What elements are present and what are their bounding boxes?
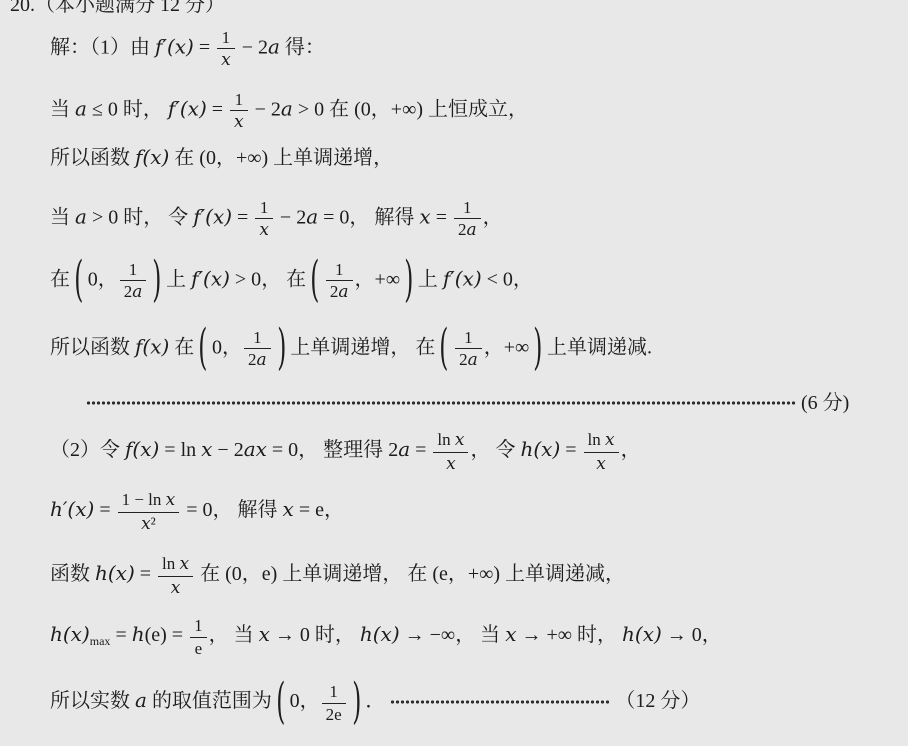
fraction-numerator: 1	[120, 260, 147, 281]
math-text: 0，	[290, 691, 320, 713]
math-variable: f(x)	[135, 145, 169, 169]
subscript-max: max	[90, 635, 111, 649]
fraction-denominator: e	[190, 638, 207, 658]
math-variable: h(x)	[622, 623, 662, 647]
math-text: (0，e)	[225, 564, 277, 586]
math-variable: x	[201, 438, 212, 462]
math-variable: x	[234, 112, 244, 132]
fraction-denominator: x	[255, 219, 273, 240]
text: 在	[50, 269, 70, 291]
line-content: 当 a ≤ 0 时， f′(x) = 1x − 2a > 0 在 (0，+∞) …	[50, 90, 528, 132]
fraction: ln xx	[433, 430, 468, 473]
text: ， 解得	[349, 207, 419, 229]
line-content: 当 a > 0 时， 令 f′(x) = 1x − 2a = 0， 解得 x =…	[50, 198, 503, 240]
math-text: 1	[222, 28, 231, 47]
math-text: =	[410, 440, 431, 462]
fraction-numerator: 1	[454, 198, 481, 219]
text: ，	[513, 269, 533, 291]
math-text: 2	[388, 440, 398, 462]
text: 上单调递增， 在	[277, 564, 432, 586]
math-variable: h(x)	[360, 623, 400, 647]
math-variable: h(x)	[95, 562, 135, 586]
fraction-numerator: 1	[455, 328, 482, 349]
math-variable: x	[171, 578, 181, 598]
part1-derivative-setup: 解：（1）由 f′(x) = 1x − 2a 得：	[50, 10, 908, 88]
line-content: 所以实数 a 的取值范围为(0，12e)． （12 分）	[50, 682, 700, 723]
math-text: = 0	[267, 440, 298, 462]
fraction: 1x	[230, 90, 248, 132]
fraction: ln xx	[584, 430, 619, 473]
text: 得：	[280, 37, 325, 59]
problem-header: 20.（本小题满分 12 分）	[10, 0, 908, 10]
fraction: 12a	[454, 198, 481, 240]
part1-conclusion: 所以函数 f(x) 在(0，12a)上单调递增， 在(12a，+∞)上单调递减.	[50, 304, 908, 394]
text: 所以函数	[50, 337, 135, 359]
math-text: − 2	[212, 440, 243, 462]
text: 解：（1）由	[50, 37, 155, 59]
h-max-and-limits: h(x)max = h(e) = 1e， 当 x → 0 时， h(x) → −…	[50, 620, 908, 654]
fraction-numerator: 1	[217, 28, 235, 49]
fraction-denominator: 2a	[455, 349, 482, 370]
math-text: ln	[588, 430, 605, 449]
math-text: → −∞	[400, 625, 456, 647]
math-text: 2	[248, 350, 257, 369]
text: 上恒成立，	[423, 99, 528, 121]
text: (6 分)	[796, 392, 849, 414]
math-text: − 2	[275, 207, 306, 229]
increase-conclusion: 所以函数 f(x) 在 (0，+∞) 上单调递增，	[50, 134, 908, 180]
big-open-paren: (	[440, 325, 449, 374]
fraction-denominator: x	[158, 577, 193, 598]
fraction: 1x	[217, 28, 235, 70]
math-text: → 0	[662, 625, 702, 647]
math-text: 1	[253, 328, 262, 347]
math-text: (0，+∞)	[199, 147, 268, 169]
big-close-paren: )	[352, 679, 361, 728]
text: 时，	[577, 625, 622, 647]
dot-leader	[390, 698, 610, 706]
line-content: 解：（1）由 f′(x) = 1x − 2a 得：	[50, 28, 325, 70]
math-text: − 2	[237, 37, 268, 59]
fraction-numerator: ln x	[584, 430, 619, 452]
text: 时，	[315, 625, 360, 647]
fraction-denominator: 2a	[120, 281, 147, 302]
math-text: → +∞	[516, 625, 577, 647]
math-solution-lines: 20.（本小题满分 12 分）解：（1）由 f′(x) = 1x − 2a 得：…	[50, 0, 908, 746]
fraction: 12a	[326, 260, 353, 302]
text: 上	[166, 269, 191, 291]
text: 所以函数	[50, 147, 135, 169]
text: ，	[702, 625, 722, 647]
fraction-denominator: x	[584, 453, 619, 474]
math-variable: a	[398, 438, 410, 462]
math-text: ln	[162, 554, 179, 573]
text: （12 分）	[610, 691, 700, 713]
h-monotonicity: 函数 h(x) = ln xx 在 (0，e) 上单调递增， 在 (e，+∞) …	[50, 532, 908, 620]
math-text: (e，+∞)	[432, 564, 500, 586]
math-variable: x	[596, 454, 606, 474]
text: 函数	[50, 564, 95, 586]
math-text: = ln	[159, 440, 201, 462]
text: ， 当	[455, 625, 505, 647]
text: 当	[50, 207, 75, 229]
text: 上单调递减，	[500, 564, 625, 586]
math-variable: h(x)	[520, 438, 560, 462]
math-text: =	[94, 500, 115, 522]
math-variable: x	[446, 454, 456, 474]
math-text: 1	[194, 616, 203, 635]
score-mark-6: (6 分)	[86, 394, 908, 412]
text: 在	[195, 564, 225, 586]
math-variable: x	[419, 205, 430, 229]
math-variable: x	[166, 490, 176, 510]
math-text: =	[560, 440, 581, 462]
math-text: =	[194, 37, 215, 59]
big-open-paren: (	[199, 325, 208, 374]
text: 上	[418, 269, 443, 291]
fraction: 1e	[190, 616, 207, 657]
fraction-denominator: 2a	[244, 349, 271, 370]
big-close-paren: )	[404, 257, 413, 306]
math-text: 1	[464, 328, 473, 347]
math-text: =	[110, 625, 131, 647]
math-text: = 0	[318, 207, 349, 229]
math-variable: a	[281, 97, 293, 121]
text: ， 在	[261, 269, 306, 291]
math-text: =	[207, 99, 228, 121]
math-text: − 2	[250, 99, 281, 121]
math-text: ≤ 0	[87, 99, 123, 121]
math-variable: f′(x)	[191, 267, 230, 291]
fraction-denominator: x	[230, 111, 248, 132]
fraction-numerator: 1	[230, 90, 248, 111]
text: 时， 令	[123, 207, 193, 229]
fraction: 12a	[455, 328, 482, 370]
math-variable: x	[180, 554, 190, 574]
fraction: 1 − ln xx²	[118, 490, 180, 533]
math-text: 1	[129, 260, 138, 279]
text: ， 整理得	[298, 440, 388, 462]
math-text: 1	[329, 682, 338, 701]
text: 在	[169, 337, 194, 359]
math-variable: f′(x)	[443, 267, 482, 291]
text: ，	[621, 440, 641, 462]
math-variable: a	[338, 282, 348, 302]
math-variable: x	[505, 623, 516, 647]
math-variable: x	[221, 50, 231, 70]
math-variable: x	[283, 498, 294, 522]
math-text: (0，+∞)	[354, 99, 423, 121]
final-answer: 所以实数 a 的取值范围为(0，12e)． （12 分）	[50, 654, 908, 746]
sign-intervals: 在(0，12a)上 f′(x) > 0， 在(12a，+∞)上 f′(x) < …	[50, 258, 908, 304]
text: ， 令	[470, 440, 520, 462]
math-text: ，+∞	[484, 337, 530, 359]
fraction: 1x	[255, 198, 273, 240]
text: ， 解得	[213, 500, 283, 522]
solution-document: 20.（本小题满分 12 分）解：（1）由 f′(x) = 1x − 2a 得：…	[0, 0, 908, 746]
math-variable: x	[259, 623, 270, 647]
math-variable: f′(x)	[155, 35, 194, 59]
fraction-numerator: 1	[326, 260, 353, 281]
math-text: ，+∞	[355, 269, 401, 291]
fraction: 12a	[244, 328, 271, 370]
line-content: （2）令 f(x) = ln x − 2ax = 0， 整理得 2a = ln …	[50, 430, 641, 473]
math-text: 2	[124, 282, 133, 301]
big-open-paren: (	[310, 257, 319, 306]
math-text: 2	[459, 350, 468, 369]
line-content: 所以函数 f(x) 在 (0，+∞) 上单调递增，	[50, 144, 393, 171]
fraction: 12e	[322, 682, 346, 723]
math-variable: a	[132, 282, 142, 302]
math-variable: a	[75, 97, 87, 121]
math-variable: x	[455, 430, 465, 450]
math-variable: a	[466, 220, 476, 240]
big-open-paren: (	[74, 257, 83, 306]
math-variable: a	[306, 205, 318, 229]
math-text: 1	[235, 90, 244, 109]
math-variable: f(x)	[125, 438, 159, 462]
line-content: 函数 h(x) = ln xx 在 (0，e) 上单调递增， 在 (e，+∞) …	[50, 554, 625, 597]
case-a-positive: 当 a > 0 时， 令 f′(x) = 1x − 2a = 0， 解得 x =…	[50, 180, 908, 258]
math-text: (e) =	[145, 625, 188, 647]
math-variable: f′(x)	[193, 205, 232, 229]
math-text: 0，	[212, 337, 242, 359]
line-content: 20.（本小题满分 12 分）	[10, 0, 225, 18]
h-derivative: h′(x) = 1 − ln xx² = 0， 解得 x = e，	[50, 492, 908, 532]
text: 在	[329, 99, 354, 121]
math-text: < 0	[482, 269, 513, 291]
math-text: 1	[335, 260, 344, 279]
math-text: =	[232, 207, 253, 229]
text: 当	[50, 99, 75, 121]
math-variable: a	[257, 350, 267, 370]
math-text: > 0	[87, 207, 123, 229]
fraction-numerator: 1	[255, 198, 273, 219]
fraction-denominator: x	[433, 453, 468, 474]
math-variable: a	[135, 689, 147, 713]
line-content: (6 分)	[86, 390, 849, 416]
math-text: =	[431, 207, 452, 229]
fraction-numerator: 1	[190, 616, 207, 637]
text: ．	[365, 691, 390, 713]
math-variable: a	[468, 350, 478, 370]
fraction-numerator: ln x	[158, 554, 193, 576]
math-text: → 0	[270, 625, 315, 647]
math-variable: h(x)	[50, 623, 90, 647]
math-variable: h′(x)	[50, 498, 94, 522]
big-close-paren: )	[534, 325, 543, 374]
text: 上单调递增，	[268, 147, 393, 169]
text: 所以实数	[50, 691, 135, 713]
fraction-denominator: x	[217, 49, 235, 70]
text: 上单调递减.	[547, 337, 652, 359]
math-text: 2e	[326, 705, 342, 724]
text: 在	[169, 147, 199, 169]
fraction-numerator: 1	[244, 328, 271, 349]
fraction-numerator: 1	[322, 682, 346, 703]
math-text: ln	[437, 430, 454, 449]
fraction: 12a	[120, 260, 147, 302]
case-a-nonpositive: 当 a ≤ 0 时， f′(x) = 1x − 2a > 0 在 (0，+∞) …	[50, 88, 908, 134]
text: （2）令	[50, 440, 125, 462]
fraction-denominator: x²	[118, 513, 180, 534]
text: 20.（本小题满分 12 分）	[10, 0, 225, 16]
text: 的取值范围为	[147, 691, 272, 713]
math-variable: h	[132, 623, 145, 647]
text: ，	[483, 207, 503, 229]
math-variable: x	[259, 220, 269, 240]
math-text: 0，	[88, 269, 118, 291]
math-text: = e	[294, 500, 324, 522]
line-content: h(x)max = h(e) = 1e， 当 x → 0 时， h(x) → −…	[50, 616, 722, 657]
math-text: e	[195, 639, 203, 658]
fraction-denominator: 2a	[326, 281, 353, 302]
math-variable: x	[141, 514, 151, 534]
dot-leader	[86, 399, 796, 407]
part2-setup: （2）令 f(x) = ln x − 2ax = 0， 整理得 2a = ln …	[50, 412, 908, 492]
math-variable: a	[75, 205, 87, 229]
math-text: 1 − ln	[122, 490, 166, 509]
text: 时，	[123, 99, 168, 121]
big-close-paren: )	[277, 325, 286, 374]
fraction-denominator: 2a	[454, 219, 481, 240]
fraction: ln xx	[158, 554, 193, 597]
math-text: = 0	[181, 500, 212, 522]
fraction-denominator: 2e	[322, 704, 346, 724]
text: ，	[324, 500, 344, 522]
line-content: h′(x) = 1 − ln xx² = 0， 解得 x = e，	[50, 490, 344, 533]
big-open-paren: (	[276, 679, 285, 728]
fraction-numerator: ln x	[433, 430, 468, 452]
fraction-numerator: 1 − ln x	[118, 490, 180, 512]
math-variable: a	[268, 35, 280, 59]
math-text: ²	[151, 514, 156, 533]
big-close-paren: )	[153, 257, 162, 306]
math-text: 1	[260, 198, 269, 217]
text: 上单调递增， 在	[290, 337, 435, 359]
math-text: 1	[463, 198, 472, 217]
line-content: 在(0，12a)上 f′(x) > 0， 在(12a，+∞)上 f′(x) < …	[50, 260, 533, 302]
math-text: > 0	[230, 269, 261, 291]
math-variable: f(x)	[135, 335, 169, 359]
math-variable: x	[605, 430, 615, 450]
math-text: > 0	[293, 99, 329, 121]
text: ， 当	[209, 625, 259, 647]
math-variable: f′(x)	[168, 97, 207, 121]
line-content: 所以函数 f(x) 在(0，12a)上单调递增， 在(12a，+∞)上单调递减.	[50, 328, 652, 370]
math-variable: ax	[244, 438, 267, 462]
math-text: =	[135, 564, 156, 586]
